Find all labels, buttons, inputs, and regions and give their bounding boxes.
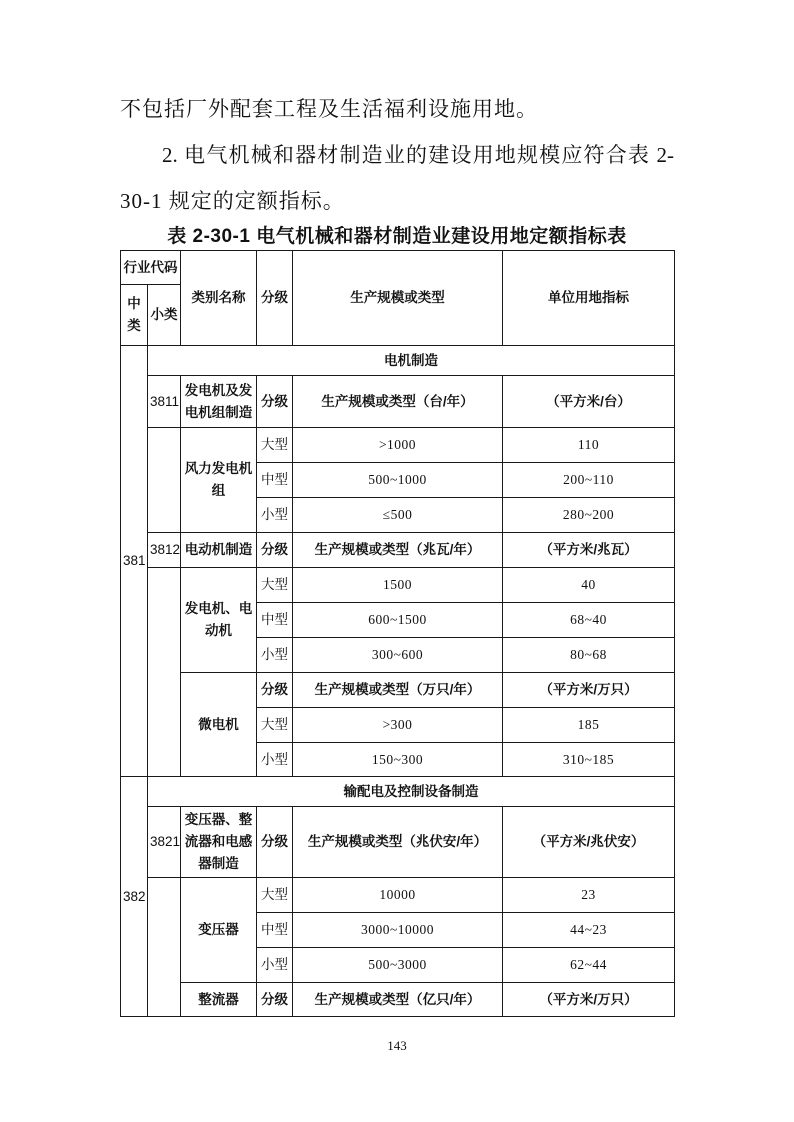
unit-value: 40 [503, 568, 675, 603]
grade-value: 中型 [257, 913, 293, 948]
page-content: 不包括厂外配套工程及生活福利设施用地。 2. 电气机械和器材制造业的建设用地规模… [120, 86, 674, 1017]
header-grade: 分级 [257, 251, 293, 346]
section-row-power-distribution: 382 输配电及控制设备制造 [121, 777, 675, 807]
scale-label: 生产规模或类型（台/年） [293, 376, 503, 428]
scale-label: 生产规模或类型（万只/年） [293, 673, 503, 708]
category-generator-sets: 发电机及发电机组制造 [181, 376, 257, 428]
document-page: 不包括厂外配套工程及生活福利设施用地。 2. 电气机械和器材制造业的建设用地规模… [0, 0, 794, 1122]
scale-value: 500~3000 [293, 948, 503, 983]
unit-value: 44~23 [503, 913, 675, 948]
grade-label: 分级 [257, 983, 293, 1017]
unit-value: 68~40 [503, 603, 675, 638]
paragraph-line-3: 30-1 规定的定额指标。 [120, 178, 674, 224]
scale-label: 生产规模或类型（兆瓦/年） [293, 533, 503, 568]
header-industry-code: 行业代码 [121, 251, 181, 285]
mid-code-381: 381 [121, 346, 148, 777]
category-transformer-rectifier-inductor: 变压器、整流器和电感器制造 [181, 807, 257, 878]
scale-value: 600~1500 [293, 603, 503, 638]
category-electric-motor-mfg: 电动机制造 [181, 533, 257, 568]
mid-code-382: 382 [121, 777, 148, 1017]
scale-value: 1500 [293, 568, 503, 603]
header-category-name: 类别名称 [181, 251, 257, 346]
row-wind-large: 风力发电机组 大型 >1000 110 [121, 428, 675, 463]
scale-value: >300 [293, 708, 503, 743]
section-title-power-distribution: 输配电及控制设备制造 [148, 777, 675, 807]
scale-value: 500~1000 [293, 463, 503, 498]
unit-label: （平方米/兆伏安） [503, 807, 675, 878]
unit-label: （平方米/万只） [503, 673, 675, 708]
grade-label: 分级 [257, 673, 293, 708]
category-micro-motor: 微电机 [181, 673, 257, 777]
row-micromotor-header: 微电机 分级 生产规模或类型（万只/年） （平方米/万只） [121, 673, 675, 708]
scale-value: 10000 [293, 878, 503, 913]
unit-label: （平方米/台） [503, 376, 675, 428]
grade-value: 小型 [257, 638, 293, 673]
grade-label: 分级 [257, 376, 293, 428]
category-wind-turbine: 风力发电机组 [181, 428, 257, 533]
row-3811: 3811 发电机及发电机组制造 分级 生产规模或类型（台/年） （平方米/台） [121, 376, 675, 428]
category-rectifier: 整流器 [181, 983, 257, 1017]
empty-sub-code-cell [148, 428, 181, 533]
grade-value: 大型 [257, 878, 293, 913]
header-mid-class: 中类 [121, 285, 148, 346]
empty-sub-code-cell [148, 878, 181, 1017]
unit-value: 185 [503, 708, 675, 743]
scale-label: 生产规模或类型（兆伏安/年） [293, 807, 503, 878]
grade-value: 中型 [257, 463, 293, 498]
grade-value: 大型 [257, 568, 293, 603]
row-transformer-large: 变压器 大型 10000 23 [121, 878, 675, 913]
category-generator-motor: 发电机、电动机 [181, 568, 257, 673]
header-row-1: 行业代码 类别名称 分级 生产规模或类型 单位用地指标 [121, 251, 675, 285]
unit-value: 200~110 [503, 463, 675, 498]
unit-value: 280~200 [503, 498, 675, 533]
header-production-scale: 生产规模或类型 [293, 251, 503, 346]
grade-value: 小型 [257, 948, 293, 983]
section-row-motor-mfg: 381 电机制造 [121, 346, 675, 376]
unit-label: （平方米/万只） [503, 983, 675, 1017]
paragraph-line-2: 2. 电气机械和器材制造业的建设用地规模应符合表 2- [120, 132, 674, 178]
category-transformer: 变压器 [181, 878, 257, 983]
scale-value: 300~600 [293, 638, 503, 673]
scale-value: 150~300 [293, 743, 503, 777]
grade-label: 分级 [257, 807, 293, 878]
grade-value: 小型 [257, 743, 293, 777]
page-number: 143 [0, 1038, 794, 1054]
unit-value: 310~185 [503, 743, 675, 777]
scale-value: >1000 [293, 428, 503, 463]
header-land-use-indicator: 单位用地指标 [503, 251, 675, 346]
sub-code-3821: 3821 [148, 807, 181, 878]
unit-value: 62~44 [503, 948, 675, 983]
unit-label: （平方米/兆瓦） [503, 533, 675, 568]
scale-value: 3000~10000 [293, 913, 503, 948]
row-3821: 3821 变压器、整流器和电感器制造 分级 生产规模或类型（兆伏安/年） （平方… [121, 807, 675, 878]
scale-label: 生产规模或类型（亿只/年） [293, 983, 503, 1017]
unit-value: 23 [503, 878, 675, 913]
table-title: 表 2-30-1 电气机械和器材制造业建设用地定额指标表 [120, 225, 674, 249]
section-title-motor-mfg: 电机制造 [148, 346, 675, 376]
unit-value: 110 [503, 428, 675, 463]
paragraph-line-1: 不包括厂外配套工程及生活福利设施用地。 [120, 86, 674, 132]
unit-value: 80~68 [503, 638, 675, 673]
row-rectifier-header: 整流器 分级 生产规模或类型（亿只/年） （平方米/万只） [121, 983, 675, 1017]
row-3812: 3812 电动机制造 分级 生产规模或类型（兆瓦/年） （平方米/兆瓦） [121, 533, 675, 568]
grade-value: 大型 [257, 428, 293, 463]
grade-value: 大型 [257, 708, 293, 743]
grade-label: 分级 [257, 533, 293, 568]
empty-sub-code-cell [148, 568, 181, 777]
grade-value: 小型 [257, 498, 293, 533]
scale-value: ≤500 [293, 498, 503, 533]
sub-code-3812: 3812 [148, 533, 181, 568]
grade-value: 中型 [257, 603, 293, 638]
header-sub-class: 小类 [148, 285, 181, 346]
row-genmotor-large: 发电机、电动机 大型 1500 40 [121, 568, 675, 603]
sub-code-3811: 3811 [148, 376, 181, 428]
land-use-quota-table: 行业代码 类别名称 分级 生产规模或类型 单位用地指标 中类 小类 381 电机… [120, 250, 675, 1017]
